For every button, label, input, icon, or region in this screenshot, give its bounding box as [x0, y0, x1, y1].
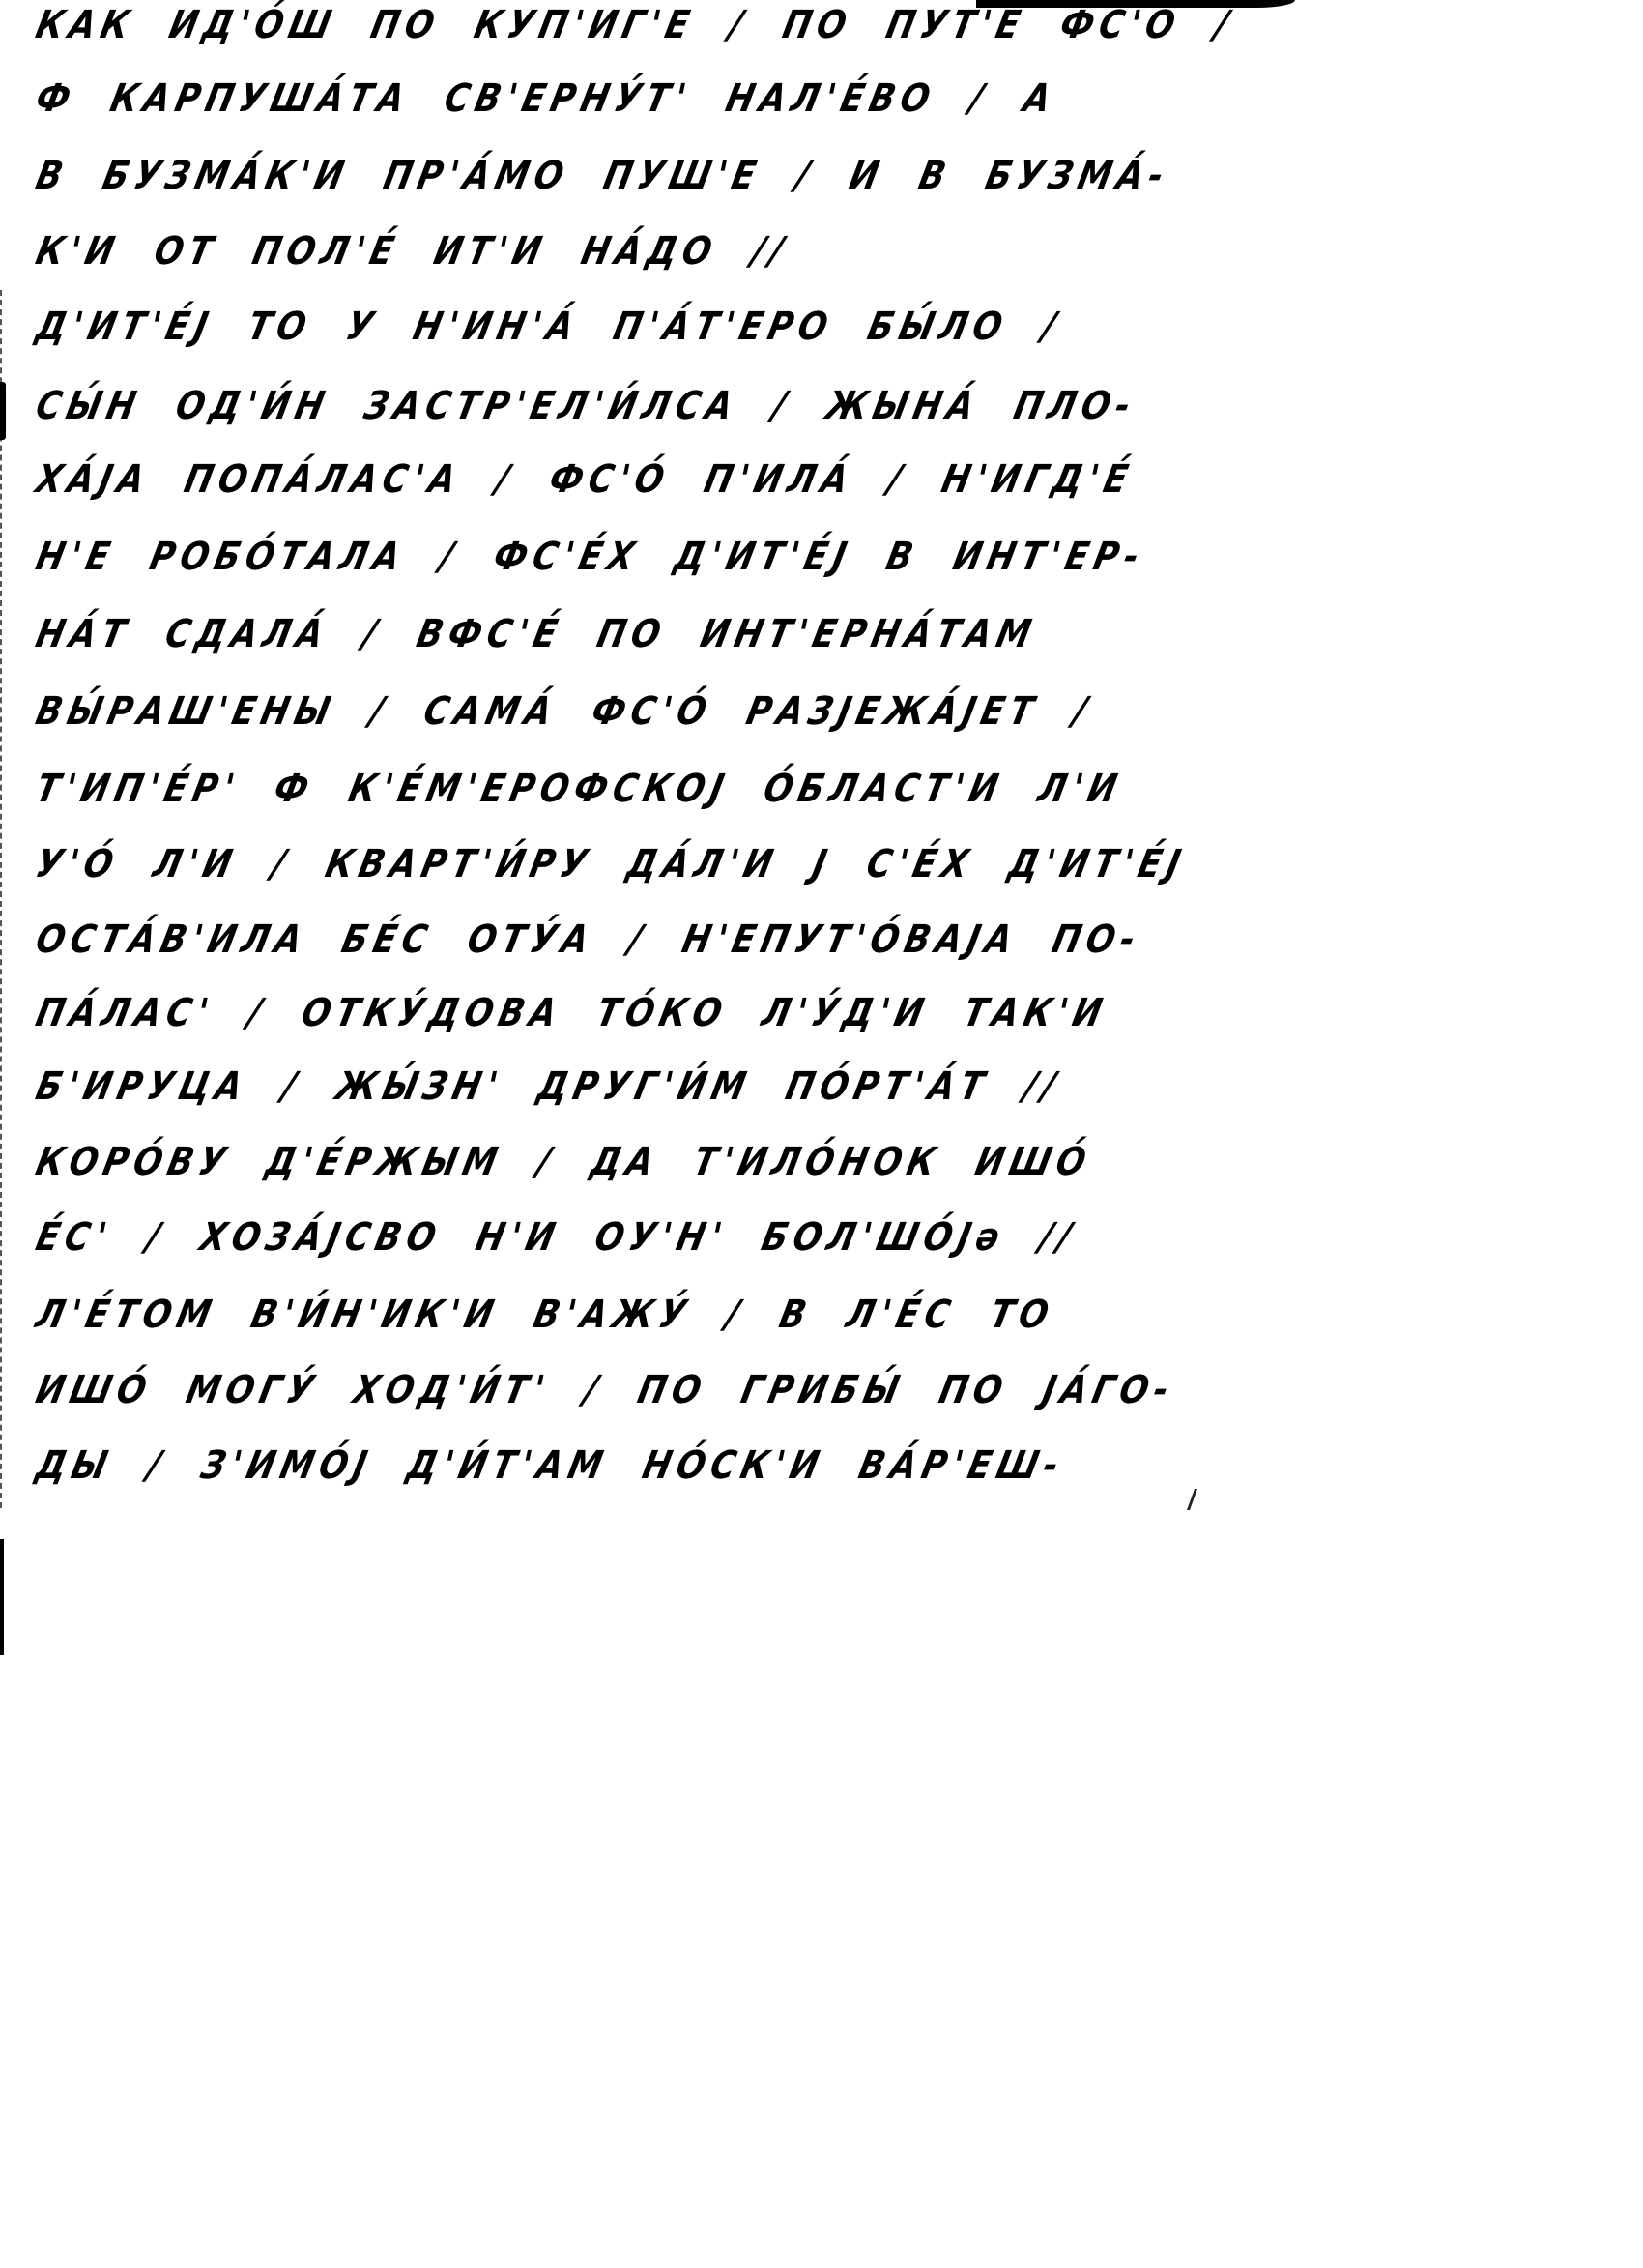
left-margin-rule	[0, 290, 4, 1508]
left-margin-bar	[0, 1539, 4, 1655]
text-line-4: К'И ОТ ПОЛ'Е́ ИТ'И НА́ДО //	[32, 228, 793, 275]
text-line-2: Ф КАРПУША́ТА СВ'ЕРНУ́Т' НАЛ'Е́ВО / А	[32, 75, 1061, 122]
text-line-15: Б'ИРУЦА / ЖЫ́ЗН' ДРУГ'И́М ПО́РТ'А́Т //	[32, 1063, 1066, 1110]
text-line-17: Е́С' / ХОЗА́ЈСВО Н'И ОУ'Н' БОЛ'ШО́Јә //	[32, 1214, 1081, 1261]
text-line-8: Н'Е РОБО́ТАЛА / ФС'Е́Х Д'ИТ'Е́Ј В ИНТ'ЕР…	[32, 534, 1149, 580]
text-line-14: ПА́ЛАС' / ОТКУ́ДОВА ТО́КО Л'У́Д'И ТАК'И	[32, 990, 1112, 1036]
text-line-16: КОРО́ВУ Д'Е́РЖЫМ / ДА Т'ИЛО́НОК ИШО́	[32, 1139, 1096, 1185]
text-line-13: ОСТА́В'ИЛА БЕ́С ОТУ́А / Н'ЕПУТ'О́ВАЈА ПО…	[32, 916, 1145, 963]
text-line-19: ИШО́ МОГУ́ ХОД'И́Т' / ПО ГРИБЫ́ ПО ЈА́ГО…	[32, 1367, 1179, 1413]
text-line-7: ХА́ЈА ПОПА́ЛАС'А / ФС'О́ П'ИЛА́ / Н'ИГД'…	[32, 456, 1138, 503]
left-margin-blot	[0, 382, 6, 440]
text-line-9: НА́Т СДАЛА́ / ВФС'Е́ ПО ИНТ'ЕРНА́ТАМ	[32, 611, 1041, 657]
text-line-6: СЫ́Н ОД'И́Н ЗАСТР'ЕЛ'И́ЛСА / ЖЫНА́ ПЛО-	[32, 383, 1140, 429]
text-line-18: Л'Е́ТОМ В'И́Н'ИК'И В'АЖУ́ / В Л'Е́С ТО	[32, 1292, 1058, 1338]
text-line-11: Т'ИП'Е́Р' Ф К'Е́М'ЕРОФСКОЈ О́БЛАСТ'И Л'И	[32, 766, 1127, 812]
text-line-5: Д'ИТ'Е́Ј ТО У Н'ИН'А́ П'А́Т'ЕРО БЫ́ЛО /	[32, 304, 1066, 350]
text-line-1: КАК ИД'О́Ш ПО КУП'ИГ'Е / ПО ПУТ'Е ФС'О́ …	[32, 2, 1239, 48]
text-line-10: ВЫ́РАШ'ЕНЫ / САМА́ ФС'О́ РАЗЈЕЖА́ЈЕТ /	[32, 688, 1097, 735]
text-line-3: В БУЗМА́К'И ПР'А́МО ПУШ'Е / И В БУЗМА́-	[32, 153, 1173, 199]
scanned-page: КАК ИД'О́Ш ПО КУП'ИГ'Е / ПО ПУТ'Е ФС'О́ …	[0, 0, 1643, 2268]
stray-pen-mark	[1187, 1489, 1197, 1510]
text-line-12: У'О́ Л'И / КВАРТ'И́РУ ДА́Л'И Ј С'Е́Х Д'И…	[32, 841, 1191, 887]
text-line-20: ДЫ / З'ИМО́Ј Д'И́Т'АМ НО́СК'И ВА́Р'ЕШ-	[32, 1442, 1069, 1489]
